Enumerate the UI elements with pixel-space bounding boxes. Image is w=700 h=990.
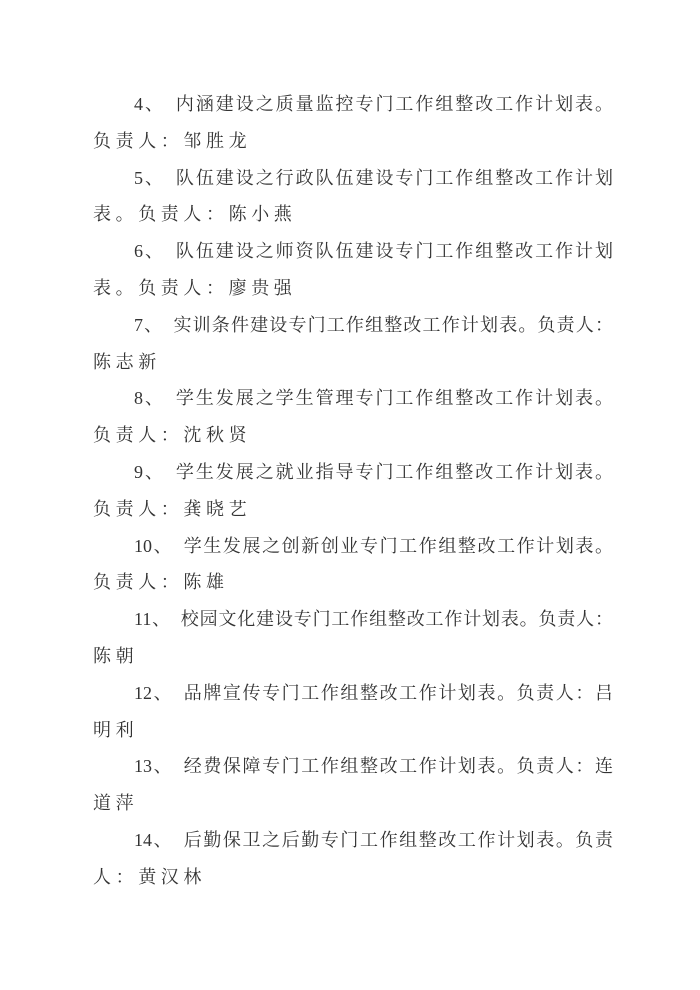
list-item-line: 陈志新 (93, 344, 613, 381)
list-item-13: 13、 经费保障专门工作组整改工作计划表。负责人：连 道萍 (93, 748, 613, 822)
list-item-line: 负责人：陈雄 (93, 564, 613, 601)
list-item-6: 6、 队伍建设之师资队伍建设专门工作组整改工作计划 表。负责人：廖贵强 (93, 233, 613, 307)
list-item-line: 道萍 (93, 785, 613, 822)
list-item-line: 负责人：邹胜龙 (93, 123, 613, 160)
list-item-line: 5、 队伍建设之行政队伍建设专门工作组整改工作计划 (93, 160, 613, 197)
list-item-8: 8、 学生发展之学生管理专门工作组整改工作计划表。 负责人：沈秋贤 (93, 380, 613, 454)
list-item-line: 4、 内涵建设之质量监控专门工作组整改工作计划表。 (93, 86, 613, 123)
list-item-line: 表。负责人：陈小燕 (93, 196, 613, 233)
document-page: 4、 内涵建设之质量监控专门工作组整改工作计划表。 负责人：邹胜龙 5、 队伍建… (0, 0, 700, 990)
list-item-line: 13、 经费保障专门工作组整改工作计划表。负责人：连 (93, 748, 613, 785)
list-item-line: 10、 学生发展之创新创业专门工作组整改工作计划表。 (93, 528, 613, 565)
list-item-line: 6、 队伍建设之师资队伍建设专门工作组整改工作计划 (93, 233, 613, 270)
document-body: 4、 内涵建设之质量监控专门工作组整改工作计划表。 负责人：邹胜龙 5、 队伍建… (0, 0, 700, 896)
list-item-line: 12、 品牌宣传专门工作组整改工作计划表。负责人：吕 (93, 675, 613, 712)
list-item-line: 14、 后勤保卫之后勤专门工作组整改工作计划表。负责 (93, 822, 613, 859)
list-item-line: 9、 学生发展之就业指导专门工作组整改工作计划表。 (93, 454, 613, 491)
list-item-5: 5、 队伍建设之行政队伍建设专门工作组整改工作计划 表。负责人：陈小燕 (93, 160, 613, 234)
list-item-line: 明利 (93, 712, 613, 749)
list-item-line: 负责人：龚晓艺 (93, 491, 613, 528)
list-item-11: 11、 校园文化建设专门工作组整改工作计划表。负责人： 陈朝 (93, 601, 613, 675)
list-item-7: 7、 实训条件建设专门工作组整改工作计划表。负责人： 陈志新 (93, 307, 613, 381)
list-item-10: 10、 学生发展之创新创业专门工作组整改工作计划表。 负责人：陈雄 (93, 528, 613, 602)
list-item-line: 表。负责人：廖贵强 (93, 270, 613, 307)
list-item-line: 人：黄汉林 (93, 859, 613, 896)
list-item-line: 负责人：沈秋贤 (93, 417, 613, 454)
list-item-line: 8、 学生发展之学生管理专门工作组整改工作计划表。 (93, 380, 613, 417)
list-item-9: 9、 学生发展之就业指导专门工作组整改工作计划表。 负责人：龚晓艺 (93, 454, 613, 528)
list-item-line: 陈朝 (93, 638, 613, 675)
list-item-line: 11、 校园文化建设专门工作组整改工作计划表。负责人： (93, 601, 613, 638)
list-item-12: 12、 品牌宣传专门工作组整改工作计划表。负责人：吕 明利 (93, 675, 613, 749)
list-item-line: 7、 实训条件建设专门工作组整改工作计划表。负责人： (93, 307, 613, 344)
list-item-4: 4、 内涵建设之质量监控专门工作组整改工作计划表。 负责人：邹胜龙 (93, 86, 613, 160)
list-item-14: 14、 后勤保卫之后勤专门工作组整改工作计划表。负责 人：黄汉林 (93, 822, 613, 896)
